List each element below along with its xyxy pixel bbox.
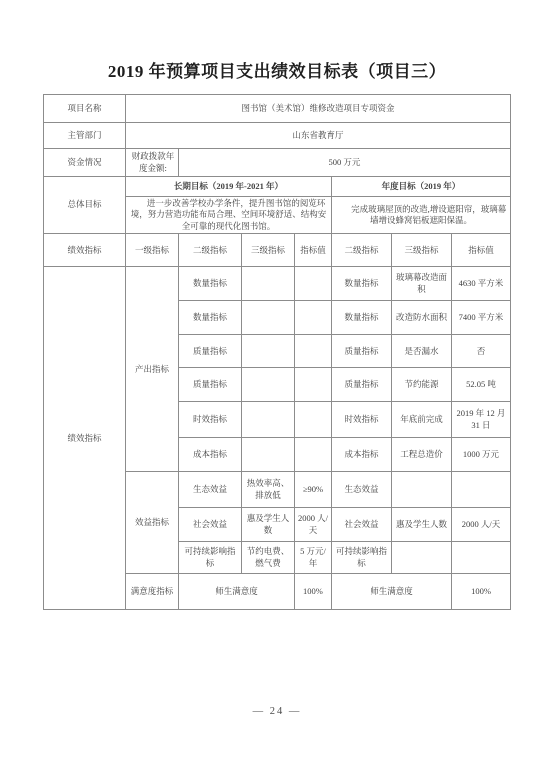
lt-value-cell: 5 万元/年	[294, 542, 331, 574]
lt-level3-cell	[241, 301, 294, 335]
lt-level2-cell: 生态效益	[178, 472, 241, 508]
an-level3-cell: 节约能源	[391, 368, 451, 402]
an-level2-cell: 可持续影响指标	[331, 542, 391, 574]
an-value-cell: 4630 平方米	[451, 267, 510, 301]
lt-level3-cell: 惠及学生人数	[241, 508, 294, 542]
lt-value-cell: 2000 人/天	[294, 508, 331, 542]
an-level3-cell: 玻璃幕改造面积	[391, 267, 451, 301]
lt-value-cell: ≥90%	[294, 472, 331, 508]
department-label: 主管部门	[43, 123, 125, 149]
lt-level3-cell	[241, 402, 294, 438]
lt-level3-cell	[241, 368, 294, 402]
funding-label: 资金情况	[43, 149, 125, 177]
lt-value-cell	[294, 438, 331, 472]
an-value-cell: 2000 人/天	[451, 508, 510, 542]
lt-level2-cell: 质量指标	[178, 335, 241, 368]
overall-goal-label: 总体目标	[43, 177, 125, 234]
document-page: 2019 年预算项目支出绩效目标表（项目三） 项目名称 图书馆（美术馆）维修改造…	[0, 0, 554, 783]
group-benefit-label: 效益指标	[125, 472, 178, 574]
lt-level2-cell: 时效指标	[178, 402, 241, 438]
lt-level2-cell: 数量指标	[178, 267, 241, 301]
an-level2-cell: 数量指标	[331, 267, 391, 301]
lt-level2-cell: 社会效益	[178, 508, 241, 542]
an-level3-cell: 改造防水面积	[391, 301, 451, 335]
lt-level2-cell: 数量指标	[178, 301, 241, 335]
an-value-cell: 否	[451, 335, 510, 368]
col-header-an-level3: 三级指标	[391, 234, 451, 267]
row-indicator-header: 绩效指标 一级指标 二级指标 三级指标 指标值 二级指标 三级指标 指标值	[43, 234, 510, 267]
row-funding: 资金情况 财政拨款年度金额: 500 万元	[43, 149, 510, 177]
an-level3-cell: 是否漏水	[391, 335, 451, 368]
row-goal-headers: 总体目标 长期目标（2019 年-2021 年） 年度目标（2019 年）	[43, 177, 510, 197]
lt-level3-cell	[241, 438, 294, 472]
an-level2-cell: 社会效益	[331, 508, 391, 542]
page-number: — 24 —	[0, 706, 554, 717]
an-value-cell	[451, 472, 510, 508]
row-department: 主管部门 山东省教育厅	[43, 123, 510, 149]
an-value-cell: 7400 平方米	[451, 301, 510, 335]
an-value-cell: 1000 万元	[451, 438, 510, 472]
an-value-cell: 52.05 吨	[451, 368, 510, 402]
an-level2-cell: 成本指标	[331, 438, 391, 472]
page-title: 2019 年预算项目支出绩效目标表（项目三）	[0, 60, 554, 84]
an-level2-cell: 质量指标	[331, 368, 391, 402]
satisfaction-lt-value: 100%	[294, 574, 331, 610]
col-header-an-level2: 二级指标	[331, 234, 391, 267]
funding-value: 500 万元	[178, 149, 510, 177]
group-satisfaction-label: 满意度指标	[125, 574, 178, 610]
an-level3-cell: 惠及学生人数	[391, 508, 451, 542]
an-level3-cell: 工程总造价	[391, 438, 451, 472]
lt-value-cell	[294, 402, 331, 438]
satisfaction-lt-name: 师生满意度	[178, 574, 294, 610]
long-term-goal-header: 长期目标（2019 年-2021 年）	[125, 177, 331, 197]
lt-level3-cell: 节约电费、燃气费	[241, 542, 294, 574]
an-level3-cell	[391, 542, 451, 574]
col-header-lt-level2: 二级指标	[178, 234, 241, 267]
lt-level2-cell: 成本指标	[178, 438, 241, 472]
department-value: 山东省教育厅	[125, 123, 510, 149]
group-output-label: 产出指标	[125, 267, 178, 472]
lt-level2-cell: 可持续影响指标	[178, 542, 241, 574]
project-name-value: 图书馆（美术馆）维修改造项目专项资金	[125, 95, 510, 123]
an-level2-cell: 时效指标	[331, 402, 391, 438]
an-level2-cell: 质量指标	[331, 335, 391, 368]
project-name-label: 项目名称	[43, 95, 125, 123]
col-header-an-value: 指标值	[451, 234, 510, 267]
an-value-cell: 2019 年 12 月 31 日	[451, 402, 510, 438]
col-header-level1: 一级指标	[125, 234, 178, 267]
an-level3-cell: 年底前完成	[391, 402, 451, 438]
performance-target-table: 项目名称 图书馆（美术馆）维修改造项目专项资金 主管部门 山东省教育厅 资金情况…	[43, 94, 511, 610]
an-level2-cell: 数量指标	[331, 301, 391, 335]
col-header-lt-level3: 三级指标	[241, 234, 294, 267]
lt-level3-cell: 热效率高、排放低	[241, 472, 294, 508]
satisfaction-an-value: 100%	[451, 574, 510, 610]
an-level3-cell	[391, 472, 451, 508]
satisfaction-an-name: 师生满意度	[331, 574, 451, 610]
indicator-row: 绩效指标 产出指标 数量指标 数量指标 玻璃幕改造面积 4630 平方米	[43, 267, 510, 301]
lt-level3-cell	[241, 267, 294, 301]
lt-level3-cell	[241, 335, 294, 368]
lt-value-cell	[294, 368, 331, 402]
col-header-lt-value: 指标值	[294, 234, 331, 267]
funding-type-label: 财政拨款年度金额:	[125, 149, 178, 177]
lt-level2-cell: 质量指标	[178, 368, 241, 402]
indicator-header-label: 绩效指标	[43, 234, 125, 267]
indicator-body-label: 绩效指标	[43, 267, 125, 610]
long-term-goal-text: 进一步改善学校办学条件，提升图书馆的阅览环境，努力营造功能布局合理、空间环境舒适…	[125, 197, 331, 234]
lt-value-cell	[294, 267, 331, 301]
row-project-name: 项目名称 图书馆（美术馆）维修改造项目专项资金	[43, 95, 510, 123]
annual-goal-header: 年度目标（2019 年）	[331, 177, 510, 197]
annual-goal-text: 完成玻璃屋顶的改造,增设遮阳帘，玻璃幕墙增设蜂窝铝板遮阳保温。	[331, 197, 510, 234]
lt-value-cell	[294, 335, 331, 368]
lt-value-cell	[294, 301, 331, 335]
an-value-cell	[451, 542, 510, 574]
an-level2-cell: 生态效益	[331, 472, 391, 508]
